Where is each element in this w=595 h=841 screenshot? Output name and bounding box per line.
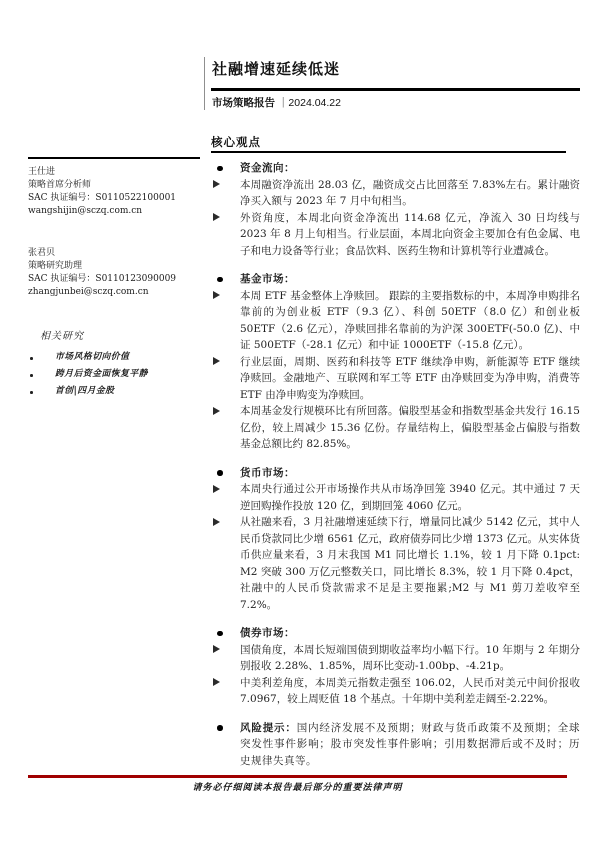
analyst-sidebar: 王仕进 策略首席分析师 SAC 执证编号：S0110522100001 wang… [28,166,204,400]
report-type: 市场策略报告 [212,97,275,109]
sidebar-top-rule [28,157,200,159]
analyst-role: 策略研究助理 [28,260,204,273]
related-research-item-label: 市场风格切向价值 [55,352,129,362]
core-views-underline [211,151,566,153]
section-risk-warning: 风险提示：国内经济发展不及预期；财政与货币政策不及预期；全球突发性事件影响；股市… [211,720,580,770]
section-heading: 货币市场： [211,465,580,482]
arrowhead-icon [213,213,220,221]
related-research-heading: 相关研究 [28,330,204,343]
risk-warning-label: 风险提示： [240,722,297,734]
bullet-point: 本周央行通过公开市场操作共从市场净回笼 3940 亿元。其中通过 7 天逆回购操… [211,481,580,514]
point-text: 本周央行通过公开市场操作共从市场净回笼 3940 亿元。其中通过 7 天逆回购操… [240,483,580,512]
section-label: 货币市场： [240,467,295,479]
arrowhead-icon [213,180,220,188]
analyst-name: 王仕进 [28,166,204,179]
bullet-point: 国债角度，本周长短端国债到期收益率均小幅下行。10 年期与 2 年期分别报收 2… [211,642,580,675]
report-subtitle: 市场策略报告 ｜2024.04.22 [212,95,582,110]
analyst-block: 王仕进 策略首席分析师 SAC 执证编号：S0110522100001 wang… [28,166,204,218]
analyst-email: zhangjunbei@sczq.com.cn [28,286,204,299]
related-research-item: 跨月后资金面恢复平静 [28,366,204,383]
core-views-heading: 核心观点 [211,134,261,150]
footer-red-rule [28,775,567,778]
report-page: 社融增速延续低迷 市场策略报告 ｜2024.04.22 核心观点 王仕进 策略首… [0,0,595,841]
related-research-item: 市场风格切向价值 [28,349,204,366]
bullet-point: 本周融资净流出 28.03 亿，融资成交占比回落至 7.83%左右。累计融资净买… [211,177,580,210]
related-research: 相关研究 市场风格切向价值 跨月后资金面恢复平静 首创|四月金股 [28,330,204,400]
point-text: 本周融资净流出 28.03 亿，融资成交占比回落至 7.83%左右。累计融资净买… [240,179,580,208]
section-bond-market: 债券市场： 国债角度，本周长短端国债到期收益率均小幅下行。10 年期与 2 年期… [211,625,580,708]
related-research-item-label: 跨月后资金面恢复平静 [55,369,148,379]
section-label: 基金市场： [240,273,295,285]
analyst-sac-number: SAC 执证编号：S0110123090009 [28,273,204,286]
title-left-rule [204,57,205,110]
core-views-body: 资金流向： 本周融资净流出 28.03 亿，融资成交占比回落至 7.83%左右。… [211,160,580,781]
report-date: ｜2024.04.22 [278,97,341,109]
bullet-point: 本周基金发行规模环比有所回落。偏股型基金和指数型基金共发行 16.15 亿份，较… [211,403,580,453]
analyst-sac-number: SAC 执证编号：S0110522100001 [28,192,204,205]
point-text: 行业层面，周期、医药和科技等 ETF 继续净申购，新能源等 ETF 继续净赎回。… [240,356,580,401]
arrowhead-icon [213,518,220,526]
point-text: 中美利差角度，本周美元指数走强至 106.02，人民币对美元中间价报收 7.09… [240,677,580,706]
bullet-point: 行业层面，周期、医药和科技等 ETF 继续净申购，新能源等 ETF 继续净赎回。… [211,354,580,404]
section-money-market: 货币市场： 本周央行通过公开市场操作共从市场净回笼 3940 亿元。其中通过 7… [211,465,580,614]
related-research-item: 首创|四月金股 [28,383,204,400]
point-text: 外资角度，本周北向资金净流出 114.68 亿元，净流入 30 日均线与 202… [240,212,580,257]
bullet-point: 本周 ETF 基金整体上净赎回。 跟踪的主要指数标的中，本周净申购排名靠前的为创… [211,288,580,354]
bullet-point: 从社融来看，3 月社融增速延续下行，增量同比减少 5142 亿元，其中人民币贷款… [211,514,580,613]
arrowhead-icon [213,645,220,653]
section-heading: 资金流向： [211,160,580,177]
circle-bullet-icon [217,166,223,172]
dot-bullet-icon [30,374,33,377]
arrowhead-icon [213,485,220,493]
section-label: 债券市场： [240,627,295,639]
arrowhead-icon [213,291,220,299]
title-underline [211,88,580,91]
circle-bullet-icon [217,277,223,283]
point-text: 国债角度，本周长短端国债到期收益率均小幅下行。10 年期与 2 年期分别报收 2… [240,644,580,673]
section-fund-flows: 资金流向： 本周融资净流出 28.03 亿，融资成交占比回落至 7.83%左右。… [211,160,580,259]
bullet-point: 外资角度，本周北向资金净流出 114.68 亿元，净流入 30 日均线与 202… [211,210,580,260]
bullet-point: 中美利差角度，本周美元指数走强至 106.02，人民币对美元中间价报收 7.09… [211,675,580,708]
point-text: 本周 ETF 基金整体上净赎回。 跟踪的主要指数标的中，本周净申购排名靠前的为创… [240,290,580,352]
circle-bullet-icon [217,725,223,731]
section-heading: 债券市场： [211,625,580,642]
risk-warning-row: 风险提示：国内经济发展不及预期；财政与货币政策不及预期；全球突发性事件影响；股市… [211,720,580,770]
related-research-item-label: 首创|四月金股 [55,386,114,396]
arrowhead-icon [213,407,220,415]
point-text: 本周基金发行规模环比有所回落。偏股型基金和指数型基金共发行 16.15 亿份，较… [240,405,580,450]
section-label: 资金流向： [240,162,295,174]
section-heading: 基金市场： [211,271,580,288]
analyst-name: 张君贝 [28,247,204,260]
analyst-email: wangshijin@sczq.com.cn [28,205,204,218]
section-fund-market: 基金市场： 本周 ETF 基金整体上净赎回。 跟踪的主要指数标的中，本周净申购排… [211,271,580,453]
circle-bullet-icon [217,470,223,476]
analyst-block: 张君贝 策略研究助理 SAC 执证编号：S0110123090009 zhang… [28,247,204,299]
arrowhead-icon [213,678,220,686]
point-text: 从社融来看，3 月社融增速延续下行，增量同比减少 5142 亿元，其中人民币贷款… [240,516,580,611]
dot-bullet-icon [30,357,33,360]
footer-disclaimer: 请务必仔细阅读本报告最后部分的重要法律声明 [28,780,567,793]
dot-bullet-icon [30,391,33,394]
report-title: 社融增速延续低迷 [212,58,582,79]
circle-bullet-icon [217,631,223,637]
arrowhead-icon [213,357,220,365]
analyst-role: 策略首席分析师 [28,179,204,192]
